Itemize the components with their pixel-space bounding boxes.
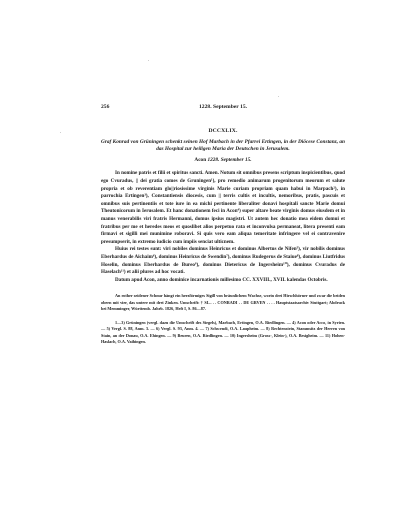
dateline-date: 1228. September 15. — [207, 157, 251, 163]
footnotes: 1—3) Grüningen (vergl. dazu die Umschrif… — [101, 320, 345, 346]
seal-description: An rother seidener Schnur hängt ein herz… — [101, 293, 345, 312]
running-head: 256 1228. September 15. — [101, 104, 345, 114]
page-number: 256 — [101, 104, 109, 110]
dateline-place: Acon — [194, 157, 206, 163]
dateline: Acon 1228. September 15. — [101, 157, 345, 163]
scan-speck — [60, 132, 61, 133]
scan-speck — [148, 60, 149, 61]
running-head-date: 1228. September 15. — [199, 104, 247, 110]
datum-paragraph: Datum apud Acon, anno dominice incarnati… — [101, 277, 345, 285]
document-regest: Graf Konrad von Grüningen schenkt seinen… — [101, 139, 345, 153]
document-number: DCCXLIX. — [101, 128, 345, 134]
scan-speck — [278, 96, 279, 97]
witness-paragraph: Huius rei testes sunt: viri nobiles domi… — [101, 246, 345, 276]
charter-paragraph: In nomine patris et filii et spiritus sa… — [101, 170, 345, 246]
charter-text: In nomine patris et filii et spiritus sa… — [101, 170, 345, 284]
document-page: 256 1228. September 15. DCCXLIX. Graf Ko… — [101, 104, 345, 346]
